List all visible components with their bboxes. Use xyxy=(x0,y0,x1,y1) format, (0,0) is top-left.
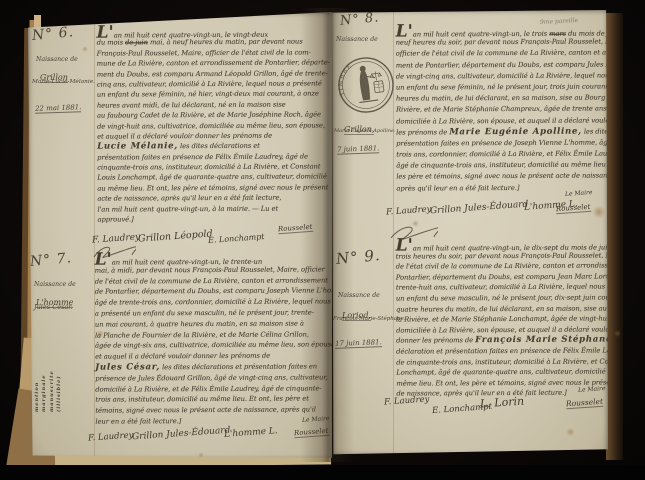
manuscript-line: un mai courant, à quatre heures du matin… xyxy=(95,318,315,330)
manuscript-line: de vingt-huit ans, cultivatrice, domicil… xyxy=(97,120,315,132)
record8-date: 7 juin 1881. xyxy=(337,144,380,154)
register-scan: N° 6. Naissance de Grillon Marie-Lucie-M… xyxy=(0,0,645,480)
manuscript-line: Jules César, les dites déclarations et p… xyxy=(95,361,315,373)
record8-body: L'an mil huit cent quatre-vingt-un, le t… xyxy=(396,25,608,194)
signature: Le Maire xyxy=(565,189,593,198)
cover-edge xyxy=(606,13,623,460)
left-page: N° 6. Naissance de Grillon Marie-Lucie-M… xyxy=(28,12,332,460)
manuscript-line: déclaration et présentation faites en pr… xyxy=(396,345,608,357)
marginal-mention-line: (illisible) xyxy=(56,308,63,412)
signature: Grillon Léopold xyxy=(138,228,213,244)
record7-naissance-label: Naissance de xyxy=(34,281,76,288)
manuscript-line: officier de l'état civil de la commune d… xyxy=(396,48,608,60)
stamp-label: TIMBRE xyxy=(335,62,358,96)
signature: F. Laudrey xyxy=(386,204,432,217)
manuscript-line: au faubourg Cadet de la Rivière, et de M… xyxy=(97,110,315,122)
record9-forenames: François-Marie-Stéphane. xyxy=(333,316,406,322)
signature: Rousselet xyxy=(566,397,604,410)
record6-margin-date: 22 mai 1881. xyxy=(35,95,81,114)
manuscript-line: même lieu. Et ont, les père et témoins, … xyxy=(396,377,608,389)
record9-margin-date: 17 juin 1881. xyxy=(335,330,382,349)
manuscript-line: la Rivière, et de Marie Stéphanie Loncha… xyxy=(396,314,608,326)
signature: Grillon Jules-Édouard xyxy=(132,426,231,443)
record7-body: L'an mil huit cent quatre-vingt-un, le t… xyxy=(95,253,316,427)
manuscript-line: mune de La Rivière, canton et arrondisse… xyxy=(97,58,315,70)
signature: Grillon Jules-Édouard xyxy=(430,200,529,217)
record6-forenames: Marie-Lucie-Mélanie. xyxy=(32,79,95,85)
manuscript-line: Rivière, et de Marie Stéphanie Champreux… xyxy=(396,104,608,116)
manuscript-line: a présenté un enfant du sexe masculin, n… xyxy=(95,307,315,319)
record6-date: 22 mai 1881. xyxy=(35,103,82,114)
manuscript-line: mai, à midi, par devant nous François-Pa… xyxy=(95,264,315,276)
signature: Rousselet xyxy=(556,203,591,214)
record6-naissance-label: Naissance de xyxy=(36,56,78,63)
manuscript-line: âgée de vingt-six ans, cultivatrice, dom… xyxy=(95,340,315,352)
manuscript-line: L'an mil huit cent quatre-vingt-un, le d… xyxy=(396,239,608,251)
record8-number: N° 8. xyxy=(339,10,380,28)
signature: F. Laudrey xyxy=(384,394,430,407)
record8-forenames: Marie-Eugénie-Apolline. xyxy=(334,128,396,134)
record7-marginal-mention: mentionmarginalemanuscrite(illisible) xyxy=(34,308,78,412)
manuscript-line: témoins, signé avec nous le présent acte… xyxy=(95,405,315,417)
signature: Rousselet xyxy=(294,427,329,438)
record9-number: N° 9. xyxy=(335,246,381,268)
manuscript-line: leur en a été fait lecture.] xyxy=(95,415,315,427)
record7-number: N° 7. xyxy=(29,250,72,270)
manuscript-line: approuvé.] xyxy=(97,213,315,225)
manuscript-line: ment de Pontarlier, département du Doubs… xyxy=(396,59,608,71)
manuscript-line: un enfant du sexe féminin, né hier, ving… xyxy=(97,89,315,101)
manuscript-line: de l'état civil de la commune de La Rivi… xyxy=(396,261,608,273)
record8-margin-date: 7 juin 1881. xyxy=(337,136,379,155)
revenue-stamp: TIMBRE xyxy=(332,51,400,119)
record8-naissance-label: Naissance de xyxy=(336,36,378,43)
signature: F. Laudrey xyxy=(88,430,134,443)
record9-naissance-label: Naissance de xyxy=(338,292,380,299)
manuscript-line: les père et témoins, signé avec nous le … xyxy=(396,171,608,183)
manuscript-line: présence de Jules Édouard Grillon, âgé d… xyxy=(95,372,315,384)
marginal-mention-line: marginale xyxy=(41,308,48,412)
manuscript-line: Lonchampt, âgé de quarante-quatre ans, c… xyxy=(396,367,608,379)
stamp-scales xyxy=(370,71,382,81)
signature: Rousselet xyxy=(278,223,313,234)
manuscript-line: les prénoms de Marie Eugénie Apolline, l… xyxy=(396,126,608,138)
record6-body: L'an mil huit cent quatre-vingt-un, le v… xyxy=(96,26,315,225)
signature: E. Lonchampt xyxy=(208,232,265,245)
signature: L. Lorin xyxy=(480,394,525,410)
manuscript-line: au même lieu. Et ont, les père et témoin… xyxy=(97,182,315,194)
record9-body: L'an mil huit cent quatre-vingt-un, le d… xyxy=(396,239,608,399)
record9-date: 17 juin 1881. xyxy=(335,338,382,349)
manuscript-line: un enfant du sexe masculin, né le présen… xyxy=(396,292,608,304)
right-page: 9me pareille N° 8. Naissance de TIMBRE G… xyxy=(332,10,608,456)
stamp-figure-body xyxy=(358,71,371,101)
signature: Le Maire xyxy=(302,415,330,424)
signature: L'homme L. xyxy=(224,426,278,440)
marginal-mention-line: mention xyxy=(34,308,41,412)
